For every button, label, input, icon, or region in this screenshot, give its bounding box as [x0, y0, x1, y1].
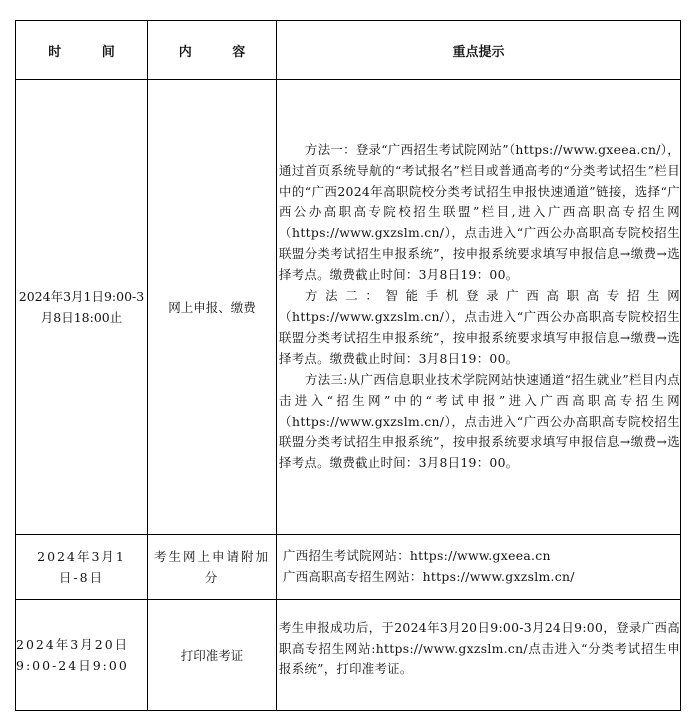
time-cell: 2024年3月1日-8日	[16, 535, 148, 600]
time-cell: 2024年3月20日9:00-24日9:00	[16, 600, 148, 711]
table-row: 2024年3月1日9:00-3月8日18:00止 网上申报、缴费 方法一：登录“…	[16, 80, 681, 535]
header-row: 时 间 内 容 重点提示	[16, 21, 681, 80]
content-cell: 网上申报、缴费	[148, 80, 277, 535]
table-row: 2024年3月20日9:00-24日9:00 打印准考证 考生申报成功后，于20…	[16, 600, 681, 711]
content-cell: 考生网上申请附加分	[148, 535, 277, 600]
header-tips: 重点提示	[277, 21, 681, 80]
header-time: 时 间	[16, 21, 148, 80]
table-row: 2024年3月1日-8日 考生网上申请附加分 广西招生考试院网站：https:/…	[16, 535, 681, 600]
method-three-text: 方法三:从广西信息职业技术学院网站快速通道“招生就业”栏目内点击进入“招生网”中…	[279, 370, 680, 475]
tips-cell: 广西招生考试院网站：https://www.gxeea.cn 广西高职高专招生网…	[277, 535, 681, 600]
header-content: 内 容	[148, 21, 277, 80]
tips-cell: 考生申报成功后，于2024年3月20日9:00-3月24日9:00，登录广西高职…	[277, 600, 681, 711]
method-one-text: 方法一：登录“广西招生考试院网站”（https://www.gxeea.cn/）…	[279, 140, 680, 286]
tips-cell: 方法一：登录“广西招生考试院网站”（https://www.gxeea.cn/）…	[277, 80, 681, 535]
print-admission-text: 考生申报成功后，于2024年3月20日9:00-3月24日9:00，登录广西高职…	[279, 618, 680, 681]
time-cell: 2024年3月1日9:00-3月8日18:00止	[16, 80, 148, 535]
method-two-text: 方法二：智能手机登录广西高职高专招生网（https://www.gxzslm.c…	[279, 286, 680, 370]
content-cell: 打印准考证	[148, 600, 277, 711]
gxeea-link-text: 广西招生考试院网站：https://www.gxeea.cn	[283, 546, 680, 567]
gxzslm-link-text: 广西高职高专招生网站：https://www.gxzslm.cn/	[283, 567, 680, 588]
schedule-table: 时 间 内 容 重点提示 2024年3月1日9:00-3月8日18:00止 网上…	[15, 20, 681, 711]
